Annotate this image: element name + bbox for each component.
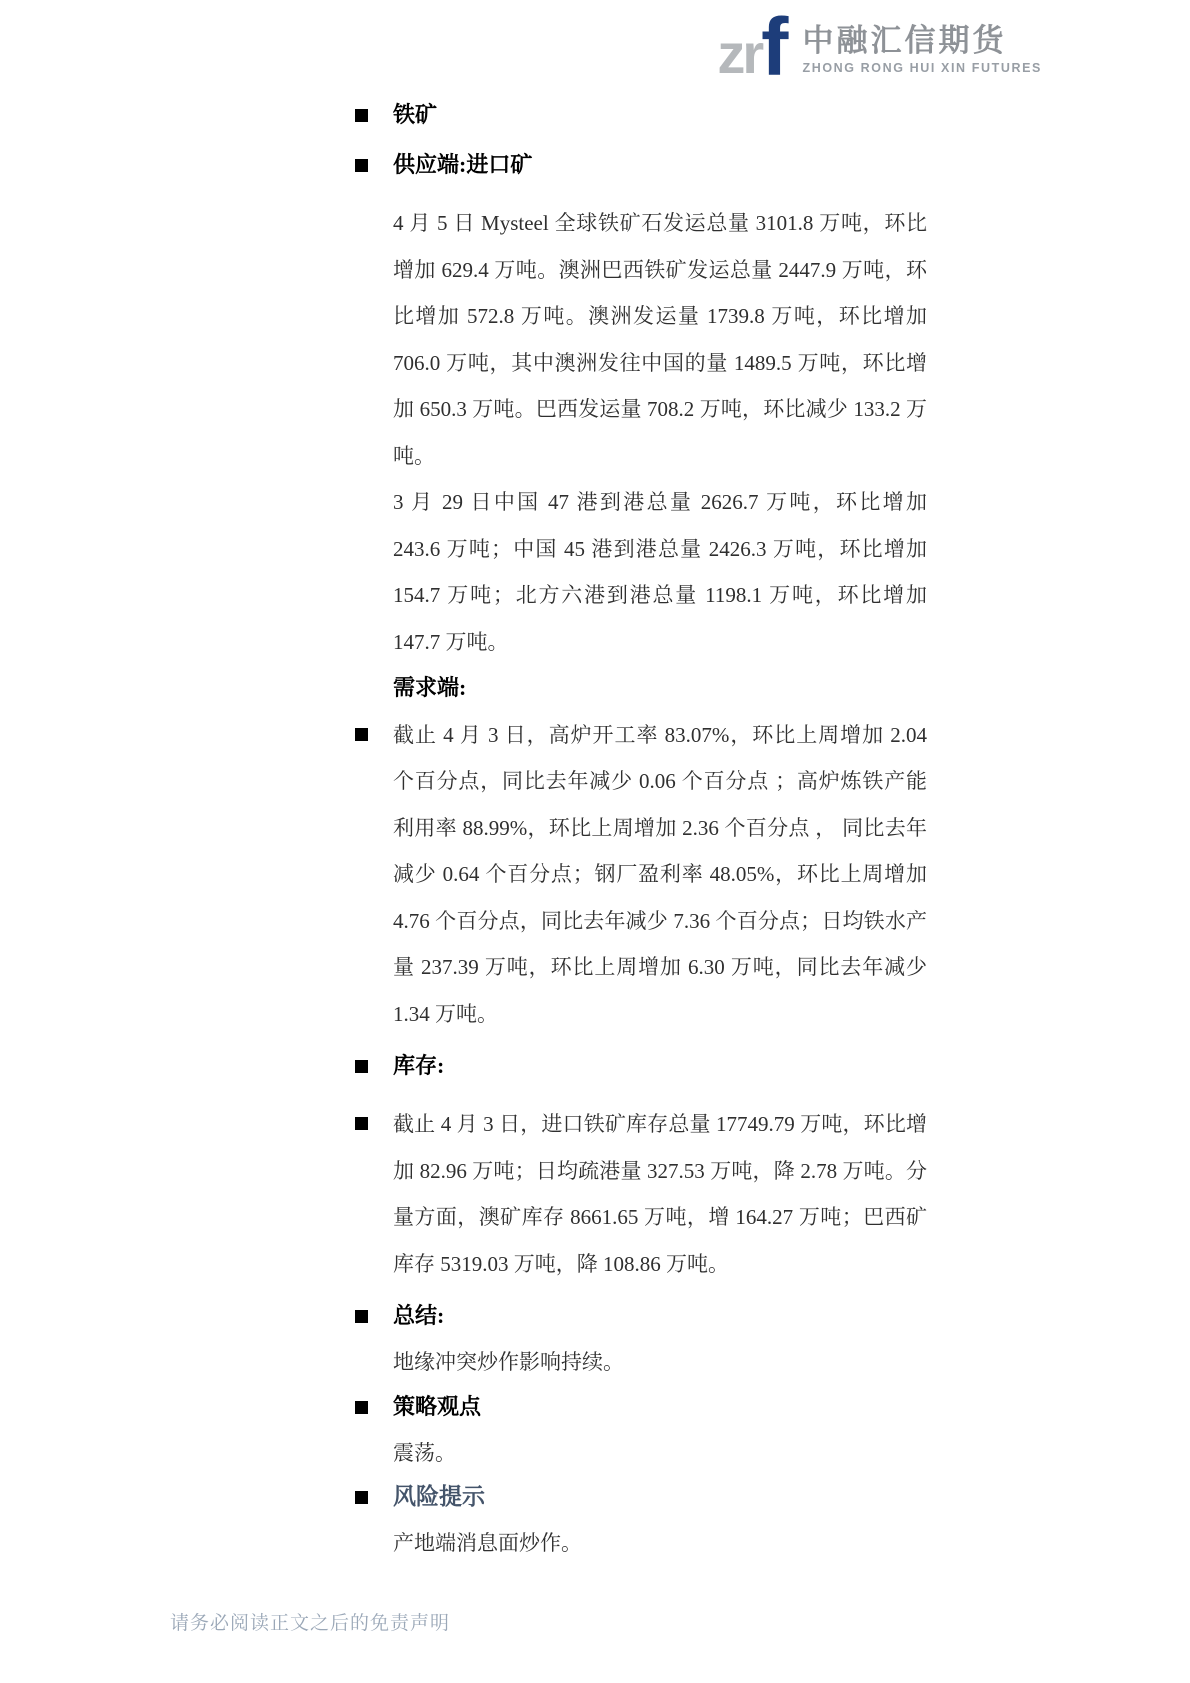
section-inventory: 库存: bbox=[355, 1051, 930, 1081]
bullet-square-icon bbox=[355, 109, 368, 122]
inventory-body: 截止 4 月 3 日，进口铁矿库存总量 17749.79 万吨，环比增加 82.… bbox=[355, 1101, 930, 1287]
bullet-square-icon bbox=[355, 1060, 368, 1073]
company-logo: zrf 中融汇信期货 ZHONG RONG HUI XIN FUTURES bbox=[717, 18, 1042, 77]
section-commodity: 铁矿 bbox=[355, 100, 930, 130]
company-name-cn: 中融汇信期货 bbox=[802, 24, 1042, 58]
supply-paragraph-1: 4 月 5 日 Mysteel 全球铁矿石发运总量 3101.8 万吨，环比增加… bbox=[393, 200, 927, 479]
report-page: zrf 中融汇信期货 ZHONG RONG HUI XIN FUTURES 铁矿… bbox=[0, 0, 1190, 1683]
spacer bbox=[355, 1287, 930, 1301]
risk-heading: 风险提示 bbox=[393, 1482, 485, 1512]
section-risk: 风险提示 bbox=[355, 1482, 930, 1512]
footer-disclaimer: 请务必阅读正文之后的免责声明 bbox=[170, 1608, 450, 1635]
demand-paragraph: 截止 4 月 3 日，高炉开工率 83.07%，环比上周增加 2.04 个百分点… bbox=[393, 712, 927, 1038]
strategy-heading: 策略观点 bbox=[393, 1392, 481, 1422]
company-name-en: ZHONG RONG HUI XIN FUTURES bbox=[802, 61, 1042, 75]
supply-paragraph-2: 3 月 29 日中国 47 港到港总量 2626.7 万吨，环比增加 243.6… bbox=[393, 479, 927, 665]
commodity-heading: 铁矿 bbox=[393, 100, 437, 130]
logo-f-text: f bbox=[761, 18, 788, 77]
inventory-paragraph: 截止 4 月 3 日，进口铁矿库存总量 17749.79 万吨，环比增加 82.… bbox=[393, 1101, 927, 1287]
section-summary: 总结: bbox=[355, 1301, 930, 1331]
summary-paragraph: 地缘冲突炒作影响持续。 bbox=[393, 1339, 927, 1386]
logo-names: 中融汇信期货 ZHONG RONG HUI XIN FUTURES bbox=[802, 24, 1042, 77]
section-supply: 供应端:进口矿 bbox=[355, 150, 930, 180]
bullet-square-icon bbox=[355, 728, 368, 741]
supply-heading: 供应端:进口矿 bbox=[393, 150, 532, 180]
logo-zr-text: zr bbox=[717, 32, 761, 77]
risk-paragraph: 产地端消息面炒作。 bbox=[393, 1520, 927, 1567]
summary-heading: 总结: bbox=[393, 1301, 444, 1331]
strategy-paragraph: 震荡。 bbox=[393, 1430, 927, 1477]
bullet-square-icon bbox=[355, 1401, 368, 1414]
report-content: 铁矿 供应端:进口矿 4 月 5 日 Mysteel 全球铁矿石发运总量 310… bbox=[355, 100, 930, 1567]
demand-heading: 需求端: bbox=[393, 665, 930, 712]
bullet-square-icon bbox=[355, 1117, 368, 1130]
spacer bbox=[355, 1037, 930, 1051]
bullet-square-icon bbox=[355, 159, 368, 172]
logo-mark: zrf bbox=[717, 18, 788, 77]
inventory-heading: 库存: bbox=[393, 1051, 444, 1081]
bullet-square-icon bbox=[355, 1310, 368, 1323]
section-strategy: 策略观点 bbox=[355, 1392, 930, 1422]
bullet-square-icon bbox=[355, 1491, 368, 1504]
section-demand: 截止 4 月 3 日，高炉开工率 83.07%，环比上周增加 2.04 个百分点… bbox=[355, 712, 930, 1038]
